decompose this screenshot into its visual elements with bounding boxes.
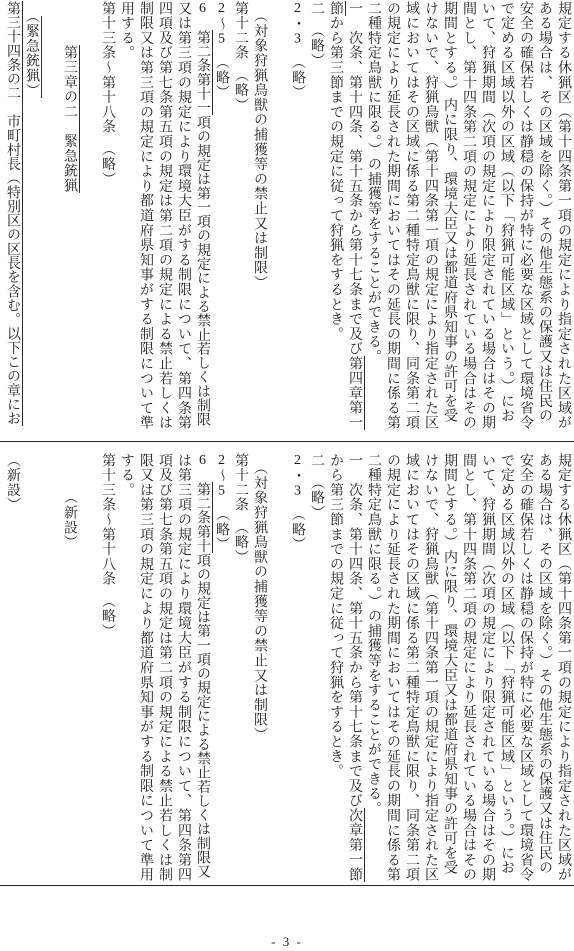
text-column [79, 1, 98, 439]
text-column: は第三項の規定により環境大臣がする制限について、第四条第四 [174, 453, 193, 883]
amendment-sideline: （緊急銃猟） [24, 16, 42, 98]
text-column: 二 （略） [307, 453, 326, 883]
upright-digit: 3 [290, 484, 305, 500]
text-column: ある場合は、その区域を除く。）その他生態系の保護又は住民の [535, 453, 554, 883]
text-column: （対象狩猟鳥獣の捕獲等の禁止又は制限） [250, 453, 269, 883]
text-column: 2・3 （略） [288, 1, 307, 439]
text-column: 6 第二条第十項の規定は第一項の規定による禁止若しくは制限又 [193, 453, 212, 883]
text-column: 又は第三項の規定により環境大臣がする制限について、第四条第 [174, 1, 193, 439]
amended-text-block: 規定する休猟区（第十四条第一項の規定により指定された区域がある場合は、その区域を… [1, 1, 573, 439]
upright-digit: 2 [214, 1, 229, 17]
upright-digit: 2 [290, 1, 305, 17]
upright-digit: 3 [290, 32, 305, 48]
text-column [41, 453, 60, 883]
text-column: から第三節までの規定に従って狩猟をするとき。 [326, 453, 345, 883]
text-column: 2・3 （略） [288, 453, 307, 883]
text-column: 間とし、第十四条第二項の規定により延長されている場合はその [459, 453, 478, 883]
text-column: 第十三条〜第十八条 （略） [98, 1, 117, 439]
text-column: 四項及び第七条第五項の規定は第二項の規定による禁止若しくは [155, 1, 174, 439]
upright-digit: 6 [195, 1, 210, 16]
text-column: （緊急銃猟） [22, 1, 41, 439]
amendment-sideline: 第二条第十一 [195, 30, 213, 115]
text-column: 域においてはその区域に係る第二種特定鳥獣に限り、同条第二項 [402, 1, 421, 439]
block-divider-line [0, 441, 574, 442]
text-column: 安全の確保若しくは静穏の保持が特に必要な区域として環境省令 [516, 453, 535, 883]
text-column [79, 453, 98, 883]
text-column: 二 （略） [307, 1, 326, 439]
text-column: 第三章の二 緊急銃猟 [60, 1, 79, 439]
amendment-sideline: 第二条第十 [195, 482, 213, 553]
current-text-block: 規定する休猟区（第十四条第一項の規定により指定された区域がある場合は、その区域を… [1, 453, 573, 883]
text-column: 規定する休猟区（第十四条第一項の規定により指定された区域が [554, 453, 573, 883]
text-column: （対象狩猟鳥獣の捕獲等の禁止又は制限） [250, 1, 269, 439]
text-column: で定める区域以外の区域（以下「狩猟可能区域」という。）にお [497, 1, 516, 439]
text-column: （新設） [60, 453, 79, 883]
text-column: 2〜5 （略） [212, 1, 231, 439]
upright-digit: 2 [214, 453, 229, 469]
amendment-sideline: 第三十四条の二 市町村長（特別区の区長を含む。以下この章にお [5, 1, 23, 426]
comparison-table-page: 規定する休猟区（第十四条第一項の規定により指定された区域がある場合は、その区域を… [0, 0, 574, 951]
text-column: 安全の確保若しくは静穏の保持が特に必要な区域として環境省令 [516, 1, 535, 439]
text-column: 制限又は第三項の規定により都道府県知事がする制限について準 [136, 1, 155, 439]
text-column: 規定する休猟区（第十四条第一項の規定により指定された区域が [554, 1, 573, 439]
text-column: （新設） [3, 453, 22, 883]
text-column: ある場合は、その区域を除く。）その他生態系の保護又は住民の [535, 1, 554, 439]
text-column: 6 第二条第十一項の規定は第一項の規定による禁止若しくは制限 [193, 1, 212, 439]
text-column: 用する。 [117, 1, 136, 439]
amendment-sideline: 第三章の二 緊急銃猟 [62, 45, 80, 193]
text-column: 間とし、第十四条第二項の規定により延長されている場合はその [459, 1, 478, 439]
upright-digit: 5 [214, 484, 229, 500]
text-column [269, 453, 288, 883]
text-column: けないで、狩猟鳥獣（第十四条第一項の規定により指定された区 [421, 453, 440, 883]
text-column: いて、狩猟期間（次項の規定により限定されている場合はその期 [478, 453, 497, 883]
text-column: 第三十四条の二 市町村長（特別区の区長を含む。以下この章にお [3, 1, 22, 439]
amendment-sideline: 節 [328, 1, 346, 16]
upright-digit: 5 [214, 32, 229, 48]
text-column: 域においてはその区域に係る第二種特定鳥獣に限り、同条第二項 [402, 453, 421, 883]
amendment-sideline: 次章第一節 [347, 808, 365, 882]
page-number: - 3 - [0, 934, 574, 950]
text-column: 第十三条〜第十八条 （略） [98, 453, 117, 883]
block-divider-line [0, 885, 574, 886]
text-column: 二種特定鳥獣に限る。）の捕獲等をすることができる。 [364, 453, 383, 883]
text-column: いて、狩猟期間（次項の規定により限定されている場合はその期 [478, 1, 497, 439]
text-column: する。 [117, 453, 136, 883]
text-column: の規定により延長された期間においてはその延長の期間に係る第 [383, 453, 402, 883]
text-column: 一 次条、第十四条、第十五条から第十七条まで及び次章第一節 [345, 453, 364, 883]
text-column: 限又は第三項の規定により都道府県知事がする制限について準用 [136, 453, 155, 883]
text-column: 期間とする。）内に限り、環境大臣又は都道府県知事の許可を受 [440, 453, 459, 883]
amendment-sideline: 第四章第一 [347, 356, 365, 430]
text-column: 2〜5 （略） [212, 453, 231, 883]
text-column: 二種特定鳥獣に限る。）の捕獲等をすることができる。 [364, 1, 383, 439]
text-column: 節から第三節までの規定に従って狩猟をするとき。 [326, 1, 345, 439]
text-column: けないで、狩猟鳥獣（第十四条第一項の規定により指定された区 [421, 1, 440, 439]
text-column: の規定により延長された期間においてはその延長の期間に係る第 [383, 1, 402, 439]
upright-digit: 6 [195, 453, 210, 468]
text-column [22, 453, 41, 883]
text-column: 第十二条 （略） [231, 1, 250, 439]
text-column: 第十二条 （略） [231, 453, 250, 883]
text-column [41, 1, 60, 439]
text-column: 期間とする。）内に限り、環境大臣又は都道府県知事の許可を受 [440, 1, 459, 439]
upright-digit: 2 [290, 453, 305, 469]
text-column [269, 1, 288, 439]
text-column: で定める区域以外の区域（以下「狩猟可能区域」という。）にお [497, 453, 516, 883]
text-column: 項及び第七条第五項の規定は第二項の規定による禁止若しくは制 [155, 453, 174, 883]
text-column: 一 次条、第十四条、第十五条から第十七条まで及び第四章第一 [345, 1, 364, 439]
